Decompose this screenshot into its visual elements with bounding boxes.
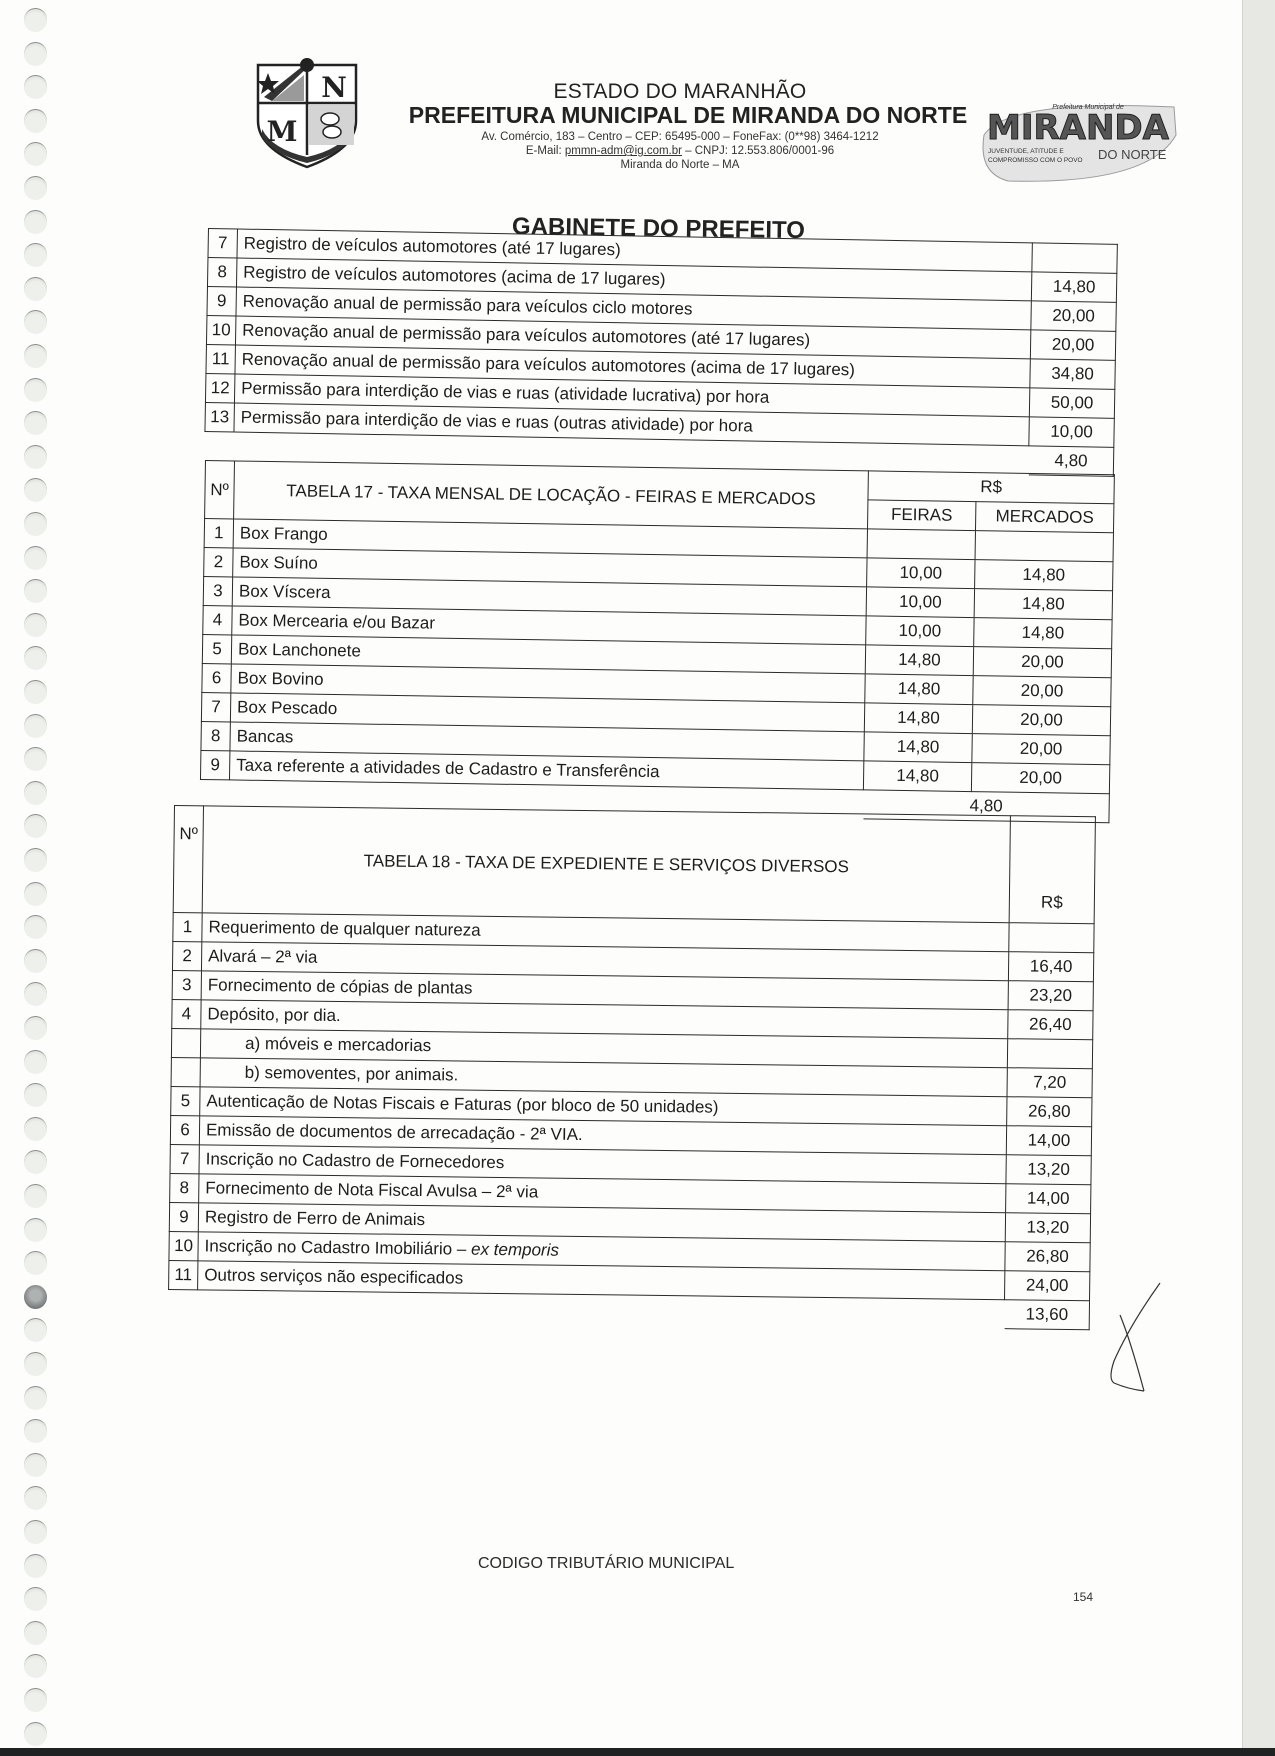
binder-hole (24, 1352, 47, 1376)
binder-hole (24, 848, 47, 872)
row-number (171, 1028, 200, 1057)
miranda-logo-icon: Prefeitura Municipal de MIRANDA JUVENTUD… (978, 95, 1178, 185)
binder-hole (24, 75, 47, 99)
row-value: 16,40 (1008, 952, 1093, 982)
row-number: 9 (207, 286, 237, 316)
row-value: 20,00 (1031, 301, 1116, 331)
description-text: Registro de Ferro de Animais (205, 1207, 425, 1229)
row-number: 5 (202, 634, 231, 663)
binder-hole (24, 1285, 47, 1309)
binder-hole (24, 579, 47, 603)
feiras-value: 10,00 (866, 616, 974, 647)
binder-hole (24, 1419, 47, 1443)
currency-header: R$ (868, 471, 1114, 504)
svg-text:DO NORTE: DO NORTE (1098, 147, 1167, 162)
mercados-value (975, 531, 1113, 562)
trailing-value: 4,80 (1028, 446, 1113, 476)
num-header: Nº (205, 461, 235, 519)
binder-hole (24, 512, 47, 536)
binder-hole (24, 142, 47, 166)
binder-hole (24, 243, 47, 267)
row-number: 4 (203, 605, 232, 634)
row-value: 14,00 (1006, 1184, 1091, 1214)
table-title: TABELA 18 - TAXA DE EXPEDIENTE E SERVIÇO… (202, 806, 1010, 923)
feiras-value (867, 529, 975, 560)
row-value: 14,80 (1031, 272, 1116, 302)
row-value: 10,00 (1029, 417, 1114, 447)
row-number: 10 (169, 1231, 198, 1260)
row-number: 1 (204, 519, 233, 548)
city: Miranda do Norte – MA (380, 159, 980, 171)
feiras-value: 14,80 (865, 645, 973, 676)
binder-hole (24, 1117, 47, 1141)
binder-hole (24, 1520, 47, 1544)
binder-hole (24, 915, 47, 939)
binder-hole (24, 109, 47, 133)
binder-hole (24, 411, 47, 435)
row-value: 14,00 (1006, 1126, 1091, 1156)
binder-hole (24, 747, 47, 771)
row-number: 8 (201, 721, 230, 750)
state-name: ESTADO DO MARANHÃO (380, 80, 980, 104)
binder-hole (24, 546, 47, 570)
description-text: Depósito, por dia. (207, 1004, 340, 1025)
description-text: Fornecimento de cópias de plantas (208, 975, 473, 997)
binder-hole (24, 714, 47, 738)
table-title: TABELA 17 - TAXA MENSAL DE LOCAÇÃO - FEI… (234, 461, 869, 529)
binder-hole (24, 613, 47, 637)
binder-hole (24, 1218, 47, 1242)
row-number: 9 (200, 750, 229, 779)
row-value: 13,20 (1005, 1213, 1090, 1243)
binder-hole (24, 982, 47, 1006)
binder-hole (24, 176, 47, 200)
municipality-name: PREFEITURA MUNICIPAL DE MIRANDA DO NORTE (388, 102, 988, 129)
binder-hole (24, 1251, 47, 1275)
row-value: 34,80 (1030, 359, 1115, 389)
row-value: 13,20 (1006, 1155, 1091, 1185)
mercados-value: 14,80 (974, 589, 1112, 620)
address: Av. Comércio, 183 – Centro – CEP: 65495-… (380, 131, 980, 143)
binder-hole (24, 445, 47, 469)
row-number: 2 (172, 941, 201, 970)
binder-hole (24, 478, 47, 502)
mercados-value: 20,00 (971, 763, 1109, 794)
description-text: Alvará – 2ª via (208, 946, 318, 966)
row-value: 26,40 (1008, 1010, 1093, 1040)
feiras-value: 14,80 (864, 732, 972, 763)
page-number: 154 (1073, 1590, 1093, 1604)
binder-hole (24, 1318, 47, 1342)
row-value (1007, 1039, 1092, 1069)
description-text: Outros serviços não especificados (204, 1265, 463, 1287)
feiras-value: 10,00 (867, 558, 975, 589)
row-value: 50,00 (1029, 388, 1114, 418)
binder-hole (24, 1554, 47, 1578)
row-number: 8 (207, 258, 237, 288)
binder-hole (24, 1386, 47, 1410)
svg-text:M: M (267, 115, 298, 148)
row-number: 1 (173, 912, 202, 941)
description-text: Autenticação de Notas Fiscais e Faturas … (206, 1091, 718, 1116)
binder-hole (24, 378, 47, 402)
mercados-value: 20,00 (973, 676, 1111, 707)
binder-hole (24, 310, 47, 334)
description-text: b) semoventes, por animais. (245, 1063, 459, 1085)
mercados-value: 20,00 (972, 734, 1110, 765)
binder-hole (24, 1083, 47, 1107)
currency-header: R$ (1009, 816, 1095, 924)
binder-hole (24, 949, 47, 973)
feiras-value: 14,80 (864, 703, 972, 734)
row-number: 12 (205, 373, 235, 403)
mercados-value: 20,00 (972, 705, 1110, 736)
binder-hole (24, 646, 47, 670)
binder-hole (24, 1688, 47, 1712)
letterhead: ESTADO DO MARANHÃO PREFEITURA MUNICIPAL … (380, 80, 980, 171)
binder-hole (24, 814, 47, 838)
binder-hole (24, 1150, 47, 1174)
description-text: Inscrição no Cadastro de Fornecedores (206, 1149, 505, 1172)
row-number: 9 (169, 1202, 198, 1231)
row-value: 20,00 (1030, 330, 1115, 360)
binder-hole (24, 1654, 47, 1678)
feiras-value: 10,00 (866, 587, 974, 618)
scan-edge-bottom (0, 1748, 1275, 1756)
row-number: 7 (208, 229, 238, 259)
svg-text:JUVENTUDE, ATITUDE E: JUVENTUDE, ATITUDE E (988, 148, 1064, 155)
num-header: Nº (173, 806, 203, 913)
row-value (1009, 923, 1094, 953)
feiras-value: 14,80 (865, 674, 973, 705)
row-number: 3 (172, 970, 201, 999)
description-text: Requerimento de qualquer natureza (208, 917, 480, 939)
row-value: 23,20 (1008, 981, 1093, 1011)
row-value (1032, 243, 1117, 273)
table-17: Nº TABELA 17 - TAXA MENSAL DE LOCAÇÃO - … (200, 460, 1115, 823)
row-value: 24,00 (1005, 1271, 1090, 1301)
description-italic: ex temporis (471, 1240, 559, 1260)
binder-hole (24, 1184, 47, 1208)
row-number: 7 (201, 692, 230, 721)
binder-hole (24, 680, 47, 704)
row-number (171, 1057, 200, 1086)
row-value: 7,20 (1007, 1068, 1092, 1098)
row-number: 7 (170, 1144, 199, 1173)
vehicle-fees-table: 7Registro de veículos automotores (até 1… (204, 228, 1118, 477)
binder-hole (24, 1016, 47, 1040)
row-value: 26,80 (1007, 1097, 1092, 1127)
signature-mark-icon (1100, 1275, 1180, 1405)
row-value: 26,80 (1005, 1242, 1090, 1272)
binder-hole (24, 781, 47, 805)
email-link[interactable]: pmmn-adm@ig.com.br (565, 145, 682, 157)
description-text: a) móveis e mercadorias (245, 1034, 431, 1055)
row-number: 11 (206, 344, 236, 374)
svg-text:MIRANDA: MIRANDA (987, 108, 1170, 148)
row-number: 6 (170, 1115, 199, 1144)
col-feiras-header: FEIRAS (867, 500, 975, 531)
binder-hole (24, 277, 47, 301)
contact-line: E-Mail: pmmn-adm@ig.com.br – CNPJ: 12.55… (380, 145, 980, 157)
description-text: Emissão de documentos de arrecadação - 2… (206, 1120, 583, 1144)
col-mercados-header: MERCADOS (975, 502, 1113, 533)
svg-text:N: N (321, 71, 347, 104)
footer-title: CODIGO TRIBUTÁRIO MUNICIPAL (478, 1555, 734, 1573)
binder-hole (24, 1486, 47, 1510)
mercados-value: 14,80 (974, 618, 1112, 649)
binder-hole (24, 1050, 47, 1074)
binder-holes (20, 0, 50, 1748)
binder-hole (24, 1722, 47, 1746)
binder-hole (24, 1453, 47, 1477)
binder-hole (24, 344, 47, 368)
municipal-crest-icon: N M (254, 57, 360, 169)
binder-hole (24, 882, 47, 906)
row-number: 2 (204, 547, 233, 576)
scan-edge-right (1242, 0, 1275, 1748)
row-number: 13 (205, 402, 235, 432)
row-number: 4 (172, 999, 201, 1028)
binder-hole (24, 210, 47, 234)
row-number: 6 (202, 663, 231, 692)
feiras-value: 14,80 (863, 761, 971, 792)
trailing-value: 13,60 (1004, 1300, 1089, 1330)
row-number: 8 (170, 1173, 199, 1202)
description-text: Fornecimento de Nota Fiscal Avulsa – 2ª … (205, 1178, 538, 1201)
binder-hole (24, 8, 47, 32)
row-number: 10 (206, 315, 236, 345)
binder-hole (24, 1587, 47, 1611)
description-text: Inscrição no Cadastro Imobiliário – (204, 1236, 471, 1258)
binder-hole (24, 1621, 47, 1645)
row-number: 11 (169, 1260, 198, 1289)
table-18: Nº TABELA 18 - TAXA DE EXPEDIENTE E SERV… (168, 805, 1096, 1330)
svg-text:COMPROMISSO COM O POVO: COMPROMISSO COM O POVO (988, 157, 1083, 164)
binder-hole (24, 42, 47, 66)
mercados-value: 20,00 (973, 647, 1111, 678)
row-number: 3 (203, 576, 232, 605)
mercados-value: 14,80 (975, 560, 1113, 591)
row-number: 5 (171, 1086, 200, 1115)
